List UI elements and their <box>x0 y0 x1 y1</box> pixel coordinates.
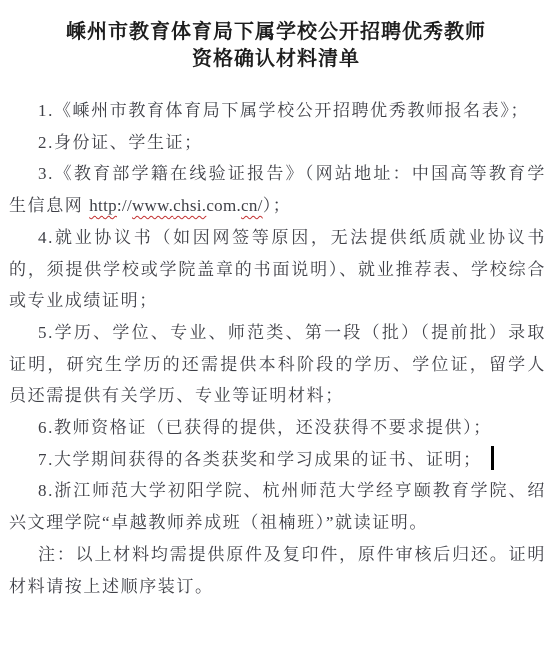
document-page[interactable]: 嵊州市教育体育局下属学校公开招聘优秀教师 资格确认材料清单 1.《嵊州市教育体育… <box>0 0 552 646</box>
document-title-line1: 嵊州市教育体育局下属学校公开招聘优秀教师 <box>0 19 552 46</box>
document-title: 嵊州市教育体育局下属学校公开招聘优秀教师 资格确认材料清单 <box>0 0 552 73</box>
chsi-url: http://www.chsi.com.cn/ <box>89 196 262 215</box>
list-item-5[interactable]: 5.学历、学位、专业、师范类、第一段（批）（提前批）录取证明，研究生学历的还需提… <box>9 317 546 412</box>
list-item-4[interactable]: 4.就业协议书（如因网签等原因，无法提供纸质就业协议书的，须提供学校或学院盖章的… <box>9 222 546 317</box>
text-cursor <box>491 446 494 470</box>
list-item-3-suffix: ）； <box>263 196 292 215</box>
document-title-line2: 资格确认材料清单 <box>0 46 552 73</box>
list-item-3[interactable]: 3.《教育部学籍在线验证报告》（网站地址：中国高等教育学生信息网 http://… <box>9 158 546 221</box>
note-paragraph[interactable]: 注：以上材料均需提供原件及复印件，原件审核后归还。证明材料请按上述顺序装订。 <box>9 539 546 602</box>
document-body[interactable]: 1.《嵊州市教育体育局下属学校公开招聘优秀教师报名表》； 2.身份证、学生证； … <box>0 95 552 602</box>
list-item-7-text: 7.大学期间获得的各类获奖和学习成果的证书、证明； <box>38 450 482 469</box>
url-segment-scheme-separator: :// <box>117 196 132 215</box>
list-item-8[interactable]: 8.浙江师范大学初阳学院、杭州师范大学经亨颐教育学院、绍兴文理学院“卓越教师养成… <box>9 475 546 538</box>
list-item-1[interactable]: 1.《嵊州市教育体育局下属学校公开招聘优秀教师报名表》； <box>9 95 546 127</box>
url-segment-com: com. <box>206 196 241 215</box>
url-segment-http: http <box>89 196 117 215</box>
url-segment-chsi: chsi. <box>173 196 206 215</box>
list-item-6[interactable]: 6.教师资格证（已获得的提供，还没获得不要求提供）； <box>9 412 546 444</box>
list-item-7[interactable]: 7.大学期间获得的各类获奖和学习成果的证书、证明； <box>9 444 546 476</box>
url-segment-www: www. <box>132 196 173 215</box>
url-segment-cn: cn/ <box>241 196 263 215</box>
list-item-2[interactable]: 2.身份证、学生证； <box>9 127 546 159</box>
